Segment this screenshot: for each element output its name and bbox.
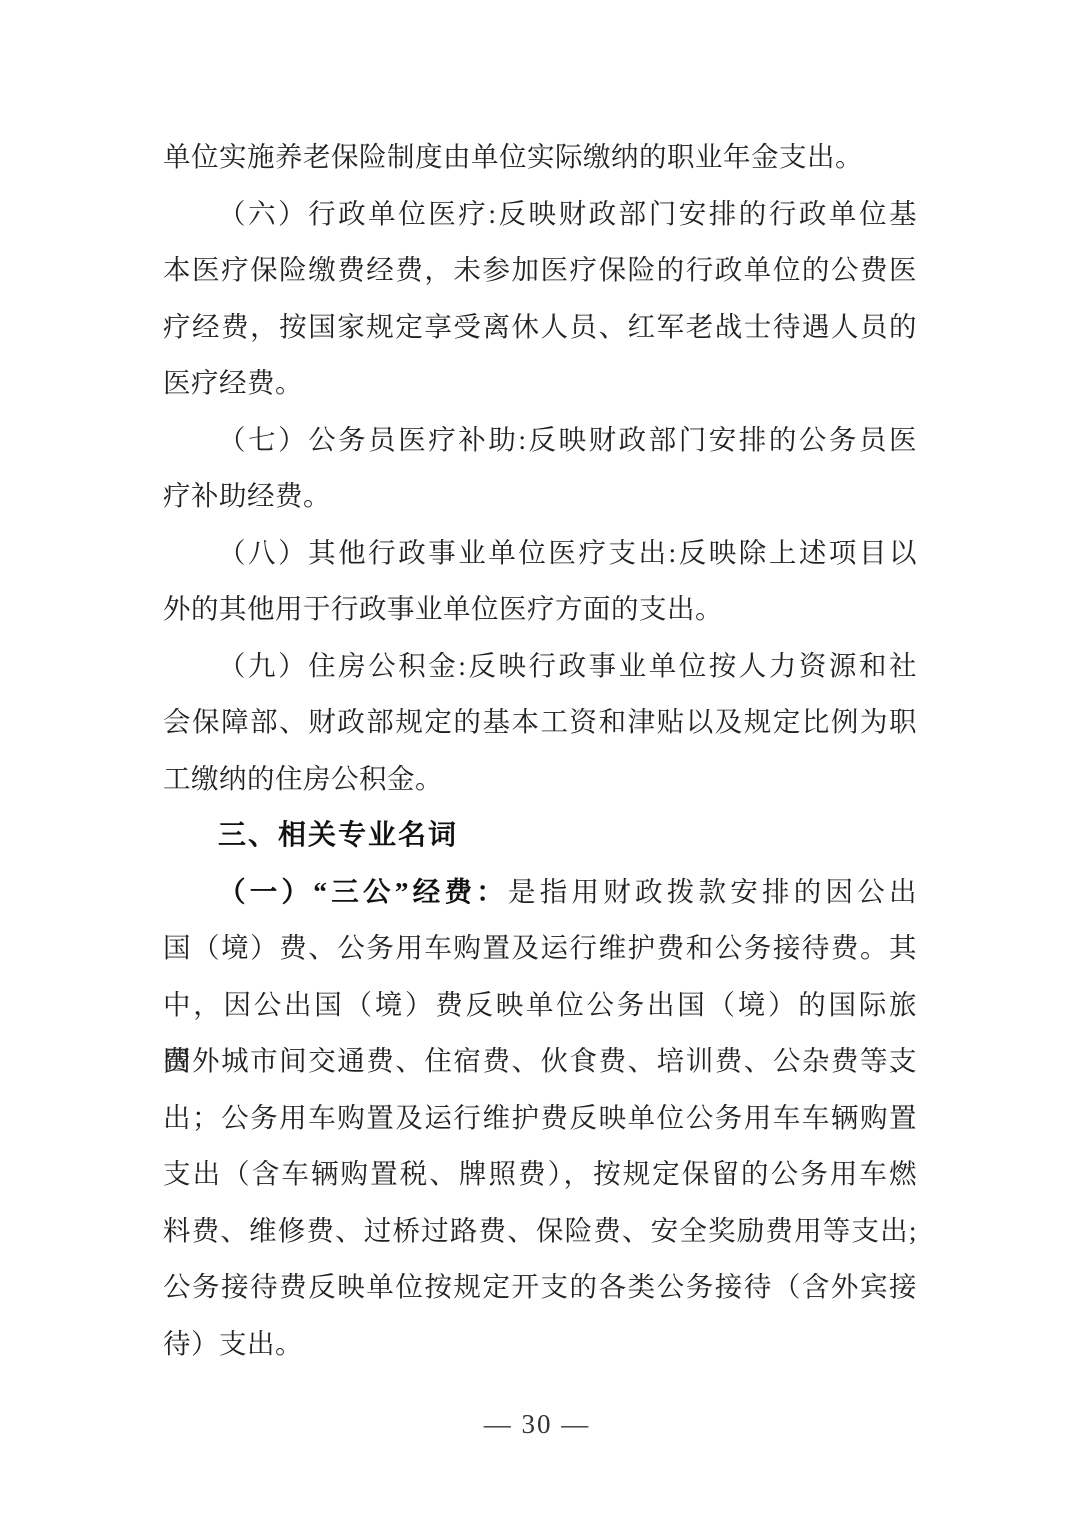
term-definition-text: 是指用财政拨款安排的因公出 [508,876,917,907]
paragraph-end-line: 外的其他用于行政事业单位医疗方面的支出。 [163,581,917,638]
text-line: 疗经费，按国家规定享受离休人员、红军老战士待遇人员的 [163,299,917,356]
paragraph-start-line: （六）行政单位医疗:反映财政部门安排的行政单位基 [163,186,917,243]
term-bold-label: （一）“三公”经费： [218,876,508,907]
text-line: 出；公务用车购置及运行维护费反映单位公务用车车辆购置 [163,1090,917,1147]
paragraph-end-line: 待）支出。 [163,1316,917,1373]
text-line: 会保障部、财政部规定的基本工资和津贴以及规定比例为职 [163,694,917,751]
text-line: 公务接待费反映单位按规定开支的各类公务接待（含外宾接 [163,1259,917,1316]
paragraph-end-line: 医疗经费。 [163,355,917,412]
text-line: 单位实施养老保险制度由单位实际缴纳的职业年金支出。 [163,129,917,186]
section-heading: 三、相关专业名词 [163,807,917,864]
paragraph-end-line: 工缴纳的住房公积金。 [163,751,917,808]
page-number: — 30 — [484,1409,591,1439]
document-page: 单位实施养老保险制度由单位实际缴纳的职业年金支出。 （六）行政单位医疗:反映财政… [0,0,1074,1520]
text-line: 国外城市间交通费、住宿费、伙食费、培训费、公杂费等支 [163,1033,917,1090]
text-line: 本医疗保险缴费经费，未参加医疗保险的行政单位的公费医 [163,242,917,299]
text-line: 支出（含车辆购置税、牌照费），按规定保留的公务用车燃 [163,1146,917,1203]
paragraph-start-line: （七）公务员医疗补助:反映财政部门安排的公务员医 [163,412,917,469]
paragraph-end-line: 疗补助经费。 [163,468,917,525]
text-line: 料费、维修费、过桥过路费、保险费、安全奖励费用等支出; [163,1203,917,1260]
text-line: 国（境）费、公务用车购置及运行维护费和公务接待费。其 [163,920,917,977]
page-footer: — 30 — [0,1406,1074,1442]
text-line: 中，因公出国（境）费反映单位公务出国（境）的国际旅费、 [163,977,917,1034]
paragraph-start-line: （八）其他行政事业单位医疗支出:反映除上述项目以 [163,525,917,582]
document-body: 单位实施养老保险制度由单位实际缴纳的职业年金支出。 （六）行政单位医疗:反映财政… [163,129,917,1372]
paragraph-start-line: （九）住房公积金:反映行政事业单位按人力资源和社 [163,638,917,695]
paragraph-start-line: （一）“三公”经费：是指用财政拨款安排的因公出 [163,864,917,921]
